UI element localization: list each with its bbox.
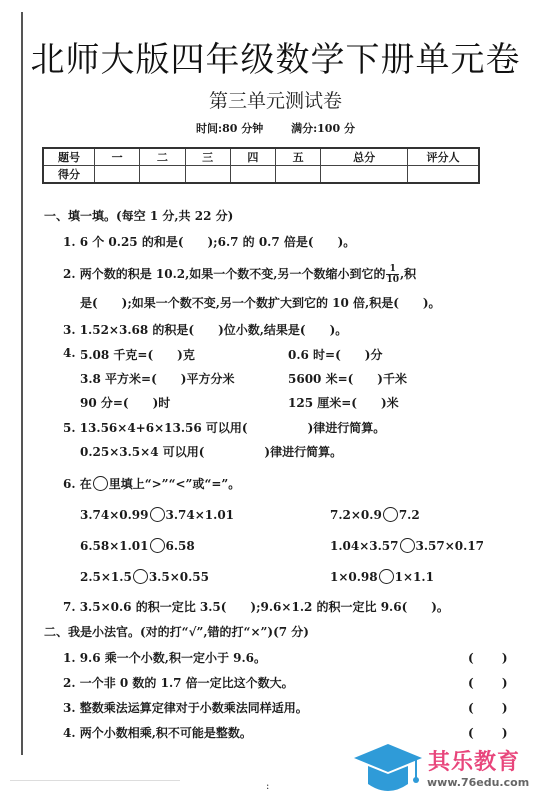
compare-left: 2.5×1.5 — [80, 570, 132, 584]
score-cell[interactable] — [408, 166, 480, 184]
question-text: ,积 — [400, 267, 416, 281]
exam-meta: 时间:80 分钟 满分:100 分 — [0, 120, 551, 136]
compare-right: 7.2 — [399, 508, 420, 522]
divider — [10, 780, 180, 781]
fraction-denominator: 10 — [386, 275, 399, 285]
compare-left: 1.04×3.57 — [330, 539, 399, 553]
compare-item: 1×0.981×1.1 — [330, 569, 434, 584]
judge-item: 2. 一个非 0 数的 1.7 倍一定比这个数大。 — [63, 674, 294, 691]
watermark-brand-name: 其乐教育 — [428, 745, 520, 776]
judge-item: 3. 整数乘法运算定律对于小数乘法同样适用。 — [63, 699, 308, 716]
compare-right: 6.58 — [166, 539, 195, 553]
score-table-header-cell: 四 — [230, 148, 275, 166]
time-limit: 时间:80 分钟 — [196, 122, 263, 135]
unit-conversion-item: 125 厘米=( )米 — [288, 394, 399, 411]
question-1-7: 7. 3.5×0.6 的积一定比 3.5( );9.6×1.2 的积一定比 9.… — [63, 598, 449, 615]
compare-circle-blank[interactable] — [133, 569, 148, 584]
question-1-2-line1: 2. 两个数的积是 10.2,如果一个数不变,另一个数缩小到它的110,积 — [63, 264, 416, 285]
question-1-5-line2: 0.25×3.5×4 可以用( )律进行简算。 — [80, 443, 342, 460]
judge-answer-blank[interactable]: ( ) — [468, 699, 508, 716]
question-1-2-line2: 是( );如果一个数不变,另一个数扩大到它的 10 倍,积是( )。 — [80, 294, 441, 311]
footer-mark: : — [266, 781, 269, 792]
section-2-heading: 二、我是小法官。(对的打“√”,错的打“×”)(7 分) — [44, 623, 309, 640]
compare-item: 3.74×0.993.74×1.01 — [80, 507, 234, 522]
compare-circle-blank[interactable] — [150, 507, 165, 522]
unit-conversion-item: 0.6 时=( )分 — [288, 346, 382, 363]
compare-right: 3.74×1.01 — [166, 508, 235, 522]
section-1-heading: 一、填一填。(每空 1 分,共 22 分) — [44, 207, 233, 224]
compare-right: 3.57×0.17 — [416, 539, 485, 553]
compare-circle-blank[interactable] — [383, 507, 398, 522]
compare-left: 3.74×0.99 — [80, 508, 149, 522]
judge-answer-blank[interactable]: ( ) — [468, 724, 508, 741]
score-cell[interactable] — [321, 166, 408, 184]
compare-left: 7.2×0.9 — [330, 508, 382, 522]
score-table-header-cell: 总分 — [321, 148, 408, 166]
question-1-3: 3. 1.52×3.68 的积是( )位小数,结果是( )。 — [63, 321, 347, 338]
judge-answer-blank[interactable]: ( ) — [468, 674, 508, 691]
score-table-header-cell: 评分人 — [408, 148, 480, 166]
compare-right: 3.5×0.55 — [149, 570, 209, 584]
compare-circle-blank[interactable] — [150, 538, 165, 553]
score-cell[interactable] — [230, 166, 275, 184]
compare-item: 2.5×1.53.5×0.55 — [80, 569, 209, 584]
score-table-header-row: 题号 一 二 三 四 五 总分 评分人 — [43, 148, 479, 166]
score-table: 题号 一 二 三 四 五 总分 评分人 得分 — [42, 147, 480, 184]
unit-conversion-item: 5600 米=( )千米 — [288, 370, 407, 387]
score-table-score-row: 得分 — [43, 166, 479, 184]
document-subtitle: 第三单元测试卷 — [0, 86, 551, 113]
question-text: 6. 在 — [63, 477, 92, 491]
fraction-numerator: 1 — [386, 264, 399, 275]
compare-circle-blank[interactable] — [379, 569, 394, 584]
graduation-cap-icon — [352, 740, 424, 798]
unit-conversion-item: 90 分=( )时 — [80, 394, 170, 411]
score-table-header-cell: 一 — [95, 148, 140, 166]
compare-right: 1×1.1 — [395, 570, 434, 584]
score-table-header-cell: 二 — [140, 148, 185, 166]
judge-item: 4. 两个小数相乘,积不可能是整数。 — [63, 724, 252, 741]
question-text: 2. 两个数的积是 10.2,如果一个数不变,另一个数缩小到它的 — [63, 267, 385, 281]
document-title: 北师大版四年级数学下册单元卷 — [0, 32, 551, 81]
score-cell[interactable] — [140, 166, 185, 184]
fraction-one-tenth: 110 — [386, 264, 399, 285]
compare-item: 1.04×3.573.57×0.17 — [330, 538, 484, 553]
question-1-4-label: 4. — [63, 346, 76, 360]
judge-answer-blank[interactable]: ( ) — [468, 649, 508, 666]
score-row-label: 得分 — [43, 166, 95, 184]
compare-left: 6.58×1.01 — [80, 539, 149, 553]
score-table-header-cell: 五 — [276, 148, 321, 166]
compare-left: 1×0.98 — [330, 570, 378, 584]
compare-circle-blank[interactable] — [400, 538, 415, 553]
unit-conversion-item: 3.8 平方米=( )平方分米 — [80, 370, 234, 387]
compare-item: 6.58×1.016.58 — [80, 538, 195, 553]
score-cell[interactable] — [276, 166, 321, 184]
unit-conversion-item: 5.08 千克=( )克 — [80, 346, 195, 363]
score-cell[interactable] — [185, 166, 230, 184]
full-score: 满分:100 分 — [291, 122, 355, 135]
score-table-header-cell: 三 — [185, 148, 230, 166]
judge-item: 1. 9.6 乘一个小数,积一定小于 9.6。 — [63, 649, 266, 666]
compare-item: 7.2×0.97.2 — [330, 507, 420, 522]
score-table-header-cell: 题号 — [43, 148, 95, 166]
score-cell[interactable] — [95, 166, 140, 184]
question-1-5-line1: 5. 13.56×4+6×13.56 可以用( )律进行简算。 — [63, 419, 385, 436]
question-1-6-instruction: 6. 在里填上“>”“<”或“=”。 — [63, 475, 240, 492]
watermark-url: www.76edu.com — [427, 776, 529, 789]
question-text: 里填上“>”“<”或“=”。 — [109, 477, 241, 491]
circle-blank-icon — [93, 476, 108, 491]
watermark-logo: 其乐教育 www.76edu.com — [350, 740, 551, 800]
question-1-1: 1. 6 个 0.25 的和是( );6.7 的 0.7 倍是( )。 — [63, 233, 355, 250]
